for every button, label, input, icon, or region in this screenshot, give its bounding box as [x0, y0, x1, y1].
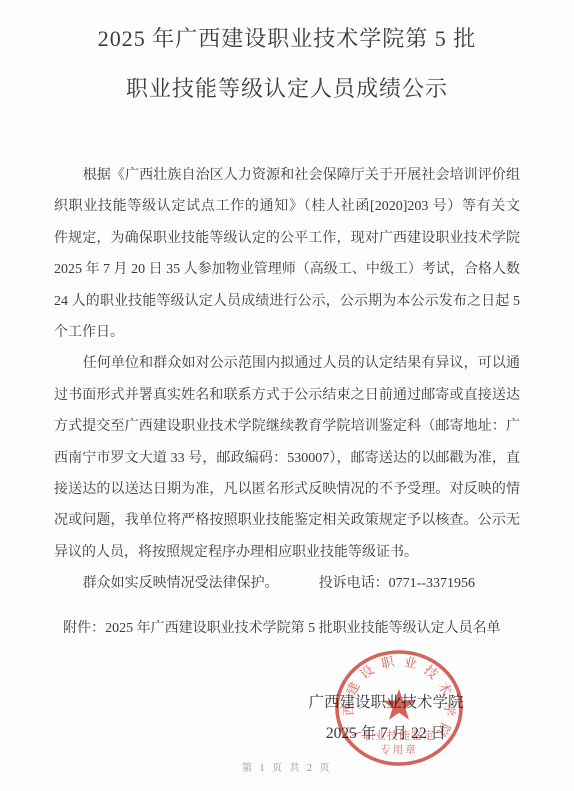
seal-bottom-line: 专用章: [380, 743, 418, 756]
svg-text:业: 业: [402, 654, 418, 672]
body-line: 况或问题，我单位将严格按照职业技能鉴定相关政策规定予以核查。公示无: [54, 505, 520, 536]
body-line: 根据《广西壮族自治区人力资源和社会保障厅关于开展社会培训评价组: [54, 160, 520, 191]
svg-text:术: 术: [435, 680, 454, 698]
document-title-line-1: 2025 年广西建设职业技术学院第 5 批: [0, 14, 574, 64]
document-body: 根据《广西壮族自治区人力资源和社会保障厅关于开展社会培训评价组 织职业技能等级认…: [54, 160, 520, 645]
attachment-note: 附件：2025 年广西建设职业技术学院第 5 批职业技能等级认定人员名单: [54, 613, 520, 644]
body-line: 2025 年 7 月 20 日 35 人参加物业管理师（高级工、中级工）考试，合…: [54, 254, 520, 285]
seal-center-line: 职业技能鉴定: [363, 728, 435, 742]
paragraph-1: 根据《广西壮族自治区人力资源和社会保障厅关于开展社会培训评价组 织职业技能等级认…: [54, 160, 520, 348]
legal-protection-line: 群众如实反映情况受法律保护。投诉电话：0771--3371956: [54, 568, 520, 599]
notice-document-page: 2025 年广西建设职业技术学院第 5 批 职业技能等级认定人员成绩公示 根据《…: [0, 0, 574, 791]
body-line: 方式提交至广西建设职业技术学院继续教育学院培训鉴定科（邮寄地址：广: [54, 411, 520, 442]
body-line: 织职业技能等级认定试点工作的通知》（桂人社函[2020]203 号）等有关文: [54, 191, 520, 222]
body-line: 接送达的以送达日期为准，凡以匿名形式反映情况的不予受理。对反映的情: [54, 474, 520, 505]
body-line: 西南宁市罗文大道 33 号，邮政编码：530007），邮寄送达的以邮戳为准，直: [54, 443, 520, 474]
svg-text:学: 学: [442, 703, 457, 716]
body-line: 件规定，为确保职业技能等级认定的公平工作，现对广西建设职业技术学院: [54, 223, 520, 254]
svg-text:院: 院: [434, 721, 453, 740]
svg-text:西: 西: [341, 703, 356, 716]
svg-text:建: 建: [343, 680, 362, 698]
legal-statement: 群众如实反映情况受法律保护。: [83, 576, 279, 591]
body-line: 异议的人员，将按照规定程序办理相应职业技能等级证书。: [54, 537, 520, 568]
document-title-line-2: 职业技能等级认定人员成绩公示: [0, 64, 574, 114]
official-seal: 广西建设职业技术学院 职业技能鉴定 专用章: [331, 646, 467, 770]
document-title: 2025 年广西建设职业技术学院第 5 批 职业技能等级认定人员成绩公示: [0, 0, 574, 114]
body-line: 个工作日。: [54, 317, 520, 348]
paragraph-2: 任何单位和群众如对公示范围内拟通过人员的认定结果有异议，可以通 过书面形式并署真…: [54, 348, 520, 568]
svg-text:职: 职: [380, 654, 397, 672]
body-line: 任何单位和群众如对公示范围内拟通过人员的认定结果有异议，可以通: [54, 348, 520, 379]
page-number: 第 1 页 共 2 页: [0, 759, 574, 774]
star-icon: [383, 689, 415, 720]
svg-text:广: 广: [345, 721, 364, 740]
complaint-hotline: 投诉电话：0771--3371956: [319, 576, 475, 591]
body-line: 24 人的职业技能等级认定人员成绩进行公示，公示期为本公示发布之日起 5: [54, 286, 520, 317]
body-line: 过书面形式并署真实姓名和联系方式于公示结束之日前通过邮寄或直接送达: [54, 380, 520, 411]
